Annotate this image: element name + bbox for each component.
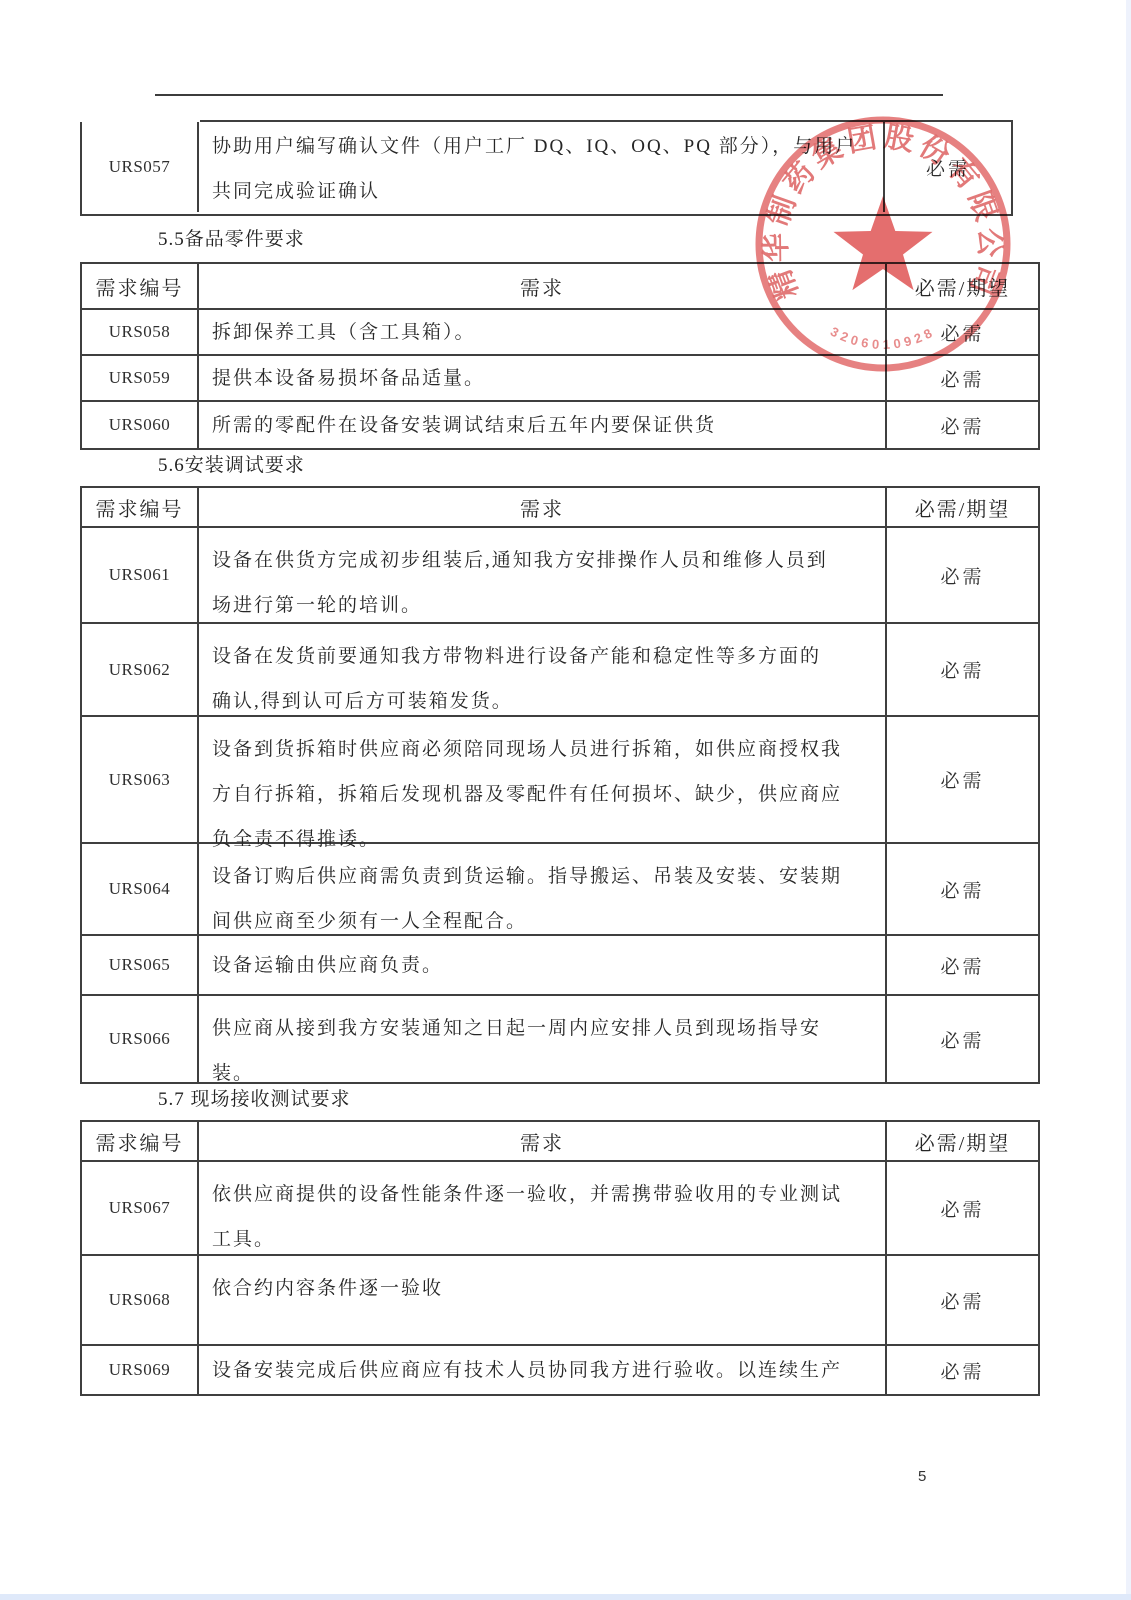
- table-row: URS057 协助用户编写确认文件（用户工厂 DQ、IQ、OQ、PQ 部分），与…: [82, 122, 1011, 212]
- requirement-text-cell: 依供应商提供的设备性能条件逐一验收，并需携带验收用的专业测试 工具。: [199, 1162, 887, 1254]
- acceptance-table: 需求编号 需求 必需/期望 URS067 依供应商提供的设备性能条件逐一验收，并…: [80, 1120, 1040, 1396]
- column-header-requirement: 需求: [199, 1122, 887, 1160]
- requirement-text-cell: 设备在发货前要通知我方带物料进行设备产能和稳定性等多方面的 确认,得到认可后方可…: [199, 624, 887, 715]
- requirement-text-cell: 拆卸保养工具（含工具箱）。: [199, 310, 887, 354]
- requirement-id-cell: URS058: [82, 310, 199, 354]
- requirement-line: 协助用户编写确认文件（用户工厂 DQ、IQ、OQ、PQ 部分），与用户: [212, 124, 870, 169]
- continued-requirements-table: URS057 协助用户编写确认文件（用户工厂 DQ、IQ、OQ、PQ 部分），与…: [80, 122, 1013, 216]
- priority-cell: 必需: [887, 717, 1038, 842]
- priority-cell: 必需: [887, 936, 1038, 994]
- requirement-id-cell: URS063: [82, 717, 199, 842]
- table-row: URS068 依合约内容条件逐一验收 必需: [82, 1254, 1038, 1344]
- table-row: URS066 供应商从接到我方安装通知之日起一周内应安排人员到现场指导安 装。 …: [82, 994, 1038, 1082]
- column-header-priority: 必需/期望: [887, 264, 1038, 308]
- column-header-priority: 必需/期望: [887, 488, 1038, 526]
- section-heading-5-7: 5.7 现场接收测试要求: [158, 1084, 351, 1111]
- requirement-id-cell: URS060: [82, 402, 199, 448]
- table-top-border: [200, 120, 1013, 122]
- requirement-id-cell: URS069: [82, 1346, 199, 1394]
- table-row: URS061 设备在供货方完成初步组装后,通知我方安排操作人员和维修人员到 场进…: [82, 526, 1038, 622]
- requirement-line: 场进行第一轮的培训。: [212, 583, 872, 628]
- table-header-row: 需求编号 需求 必需/期望: [82, 1122, 1038, 1160]
- header-rule: [155, 94, 943, 96]
- installation-table: 需求编号 需求 必需/期望 URS061 设备在供货方完成初步组装后,通知我方安…: [80, 486, 1040, 1084]
- scan-edge-bottom: [0, 1594, 1131, 1600]
- table-row: URS062 设备在发货前要通知我方带物料进行设备产能和稳定性等多方面的 确认,…: [82, 622, 1038, 715]
- requirement-line: 方自行拆箱，拆箱后发现机器及零配件有任何损坏、缺少，供应商应: [212, 772, 872, 817]
- priority-cell: 必需: [887, 402, 1038, 448]
- requirement-text-cell: 设备到货拆箱时供应商必须陪同现场人员进行拆箱，如供应商授权我 方自行拆箱，拆箱后…: [199, 717, 887, 842]
- priority-cell: 必需: [887, 1256, 1038, 1344]
- priority-cell: 必需: [887, 1162, 1038, 1254]
- table-header-row: 需求编号 需求 必需/期望: [82, 264, 1038, 308]
- requirement-line: 设备安装完成后供应商应有技术人员协同我方进行验收。以连续生产: [212, 1348, 842, 1393]
- requirement-line: 设备在供货方完成初步组装后,通知我方安排操作人员和维修人员到: [212, 538, 872, 583]
- requirement-id-cell: URS059: [82, 356, 199, 400]
- requirement-text-cell: 依合约内容条件逐一验收: [199, 1256, 887, 1344]
- table-row: URS063 设备到货拆箱时供应商必须陪同现场人员进行拆箱，如供应商授权我 方自…: [82, 715, 1038, 842]
- requirement-line: 设备运输由供应商负责。: [212, 943, 443, 988]
- requirement-line: 提供本设备易损坏备品适量。: [212, 356, 485, 401]
- requirement-id-cell: URS067: [82, 1162, 199, 1254]
- table-row: URS059 提供本设备易损坏备品适量。 必需: [82, 354, 1038, 400]
- requirement-id-cell: URS065: [82, 936, 199, 994]
- requirement-id-cell: URS066: [82, 996, 199, 1082]
- table-row: URS069 设备安装完成后供应商应有技术人员协同我方进行验收。以连续生产 必需: [82, 1344, 1038, 1394]
- table-row: URS065 设备运输由供应商负责。 必需: [82, 934, 1038, 994]
- requirement-text-cell: 设备运输由供应商负责。: [199, 936, 887, 994]
- requirement-id-cell: URS068: [82, 1256, 199, 1344]
- column-header-priority: 必需/期望: [887, 1122, 1038, 1160]
- table-row: URS060 所需的零配件在设备安装调试结束后五年内要保证供货 必需: [82, 400, 1038, 448]
- priority-cell: 必需: [887, 356, 1038, 400]
- priority-cell: 必需: [887, 996, 1038, 1082]
- column-header-id: 需求编号: [82, 1122, 199, 1160]
- priority-cell: 必需: [887, 528, 1038, 622]
- column-header-id: 需求编号: [82, 488, 199, 526]
- requirement-line: 依合约内容条件逐一验收: [212, 1266, 872, 1311]
- requirement-line: 设备订购后供应商需负责到货运输。指导搬运、吊装及安装、安装期: [212, 854, 872, 899]
- column-header-id: 需求编号: [82, 264, 199, 308]
- page-number: 5: [918, 1468, 926, 1485]
- spare-parts-table: 需求编号 需求 必需/期望 URS058 拆卸保养工具（含工具箱）。 必需 UR…: [80, 262, 1040, 450]
- priority-cell: 必需: [887, 310, 1038, 354]
- column-header-requirement: 需求: [199, 488, 887, 526]
- section-heading-5-5: 5.5备品零件要求: [158, 224, 305, 251]
- table-row: URS058 拆卸保养工具（含工具箱）。 必需: [82, 308, 1038, 354]
- requirement-id-cell: URS061: [82, 528, 199, 622]
- table-row: URS067 依供应商提供的设备性能条件逐一验收，并需携带验收用的专业测试 工具…: [82, 1160, 1038, 1254]
- requirement-text-cell: 设备订购后供应商需负责到货运输。指导搬运、吊装及安装、安装期 间供应商至少须有一…: [199, 844, 887, 934]
- requirement-id-cell: URS062: [82, 624, 199, 715]
- requirement-line: 所需的零配件在设备安装调试结束后五年内要保证供货: [212, 403, 716, 448]
- scan-edge-right: [1126, 0, 1131, 1600]
- column-header-requirement: 需求: [199, 264, 887, 308]
- requirement-text-cell: 提供本设备易损坏备品适量。: [199, 356, 887, 400]
- requirement-text-cell: 协助用户编写确认文件（用户工厂 DQ、IQ、OQ、PQ 部分），与用户 共同完成…: [199, 122, 885, 212]
- requirement-line: 依供应商提供的设备性能条件逐一验收，并需携带验收用的专业测试: [212, 1172, 872, 1217]
- requirement-line: 设备在发货前要通知我方带物料进行设备产能和稳定性等多方面的: [212, 634, 872, 679]
- requirement-line: 共同完成验证确认: [212, 169, 870, 214]
- requirement-id-cell: URS057: [82, 122, 199, 212]
- requirement-text-cell: 所需的零配件在设备安装调试结束后五年内要保证供货: [199, 402, 887, 448]
- requirement-text-cell: 设备安装完成后供应商应有技术人员协同我方进行验收。以连续生产: [199, 1346, 887, 1394]
- requirement-line: 设备到货拆箱时供应商必须陪同现场人员进行拆箱，如供应商授权我: [212, 727, 872, 772]
- requirement-line: 供应商从接到我方安装通知之日起一周内应安排人员到现场指导安: [212, 1006, 872, 1051]
- priority-cell: 必需: [885, 122, 1011, 212]
- section-heading-5-6: 5.6安装调试要求: [158, 450, 305, 477]
- table-header-row: 需求编号 需求 必需/期望: [82, 488, 1038, 526]
- table-row: URS064 设备订购后供应商需负责到货运输。指导搬运、吊装及安装、安装期 间供…: [82, 842, 1038, 934]
- requirement-line: 拆卸保养工具（含工具箱）。: [212, 310, 476, 355]
- priority-cell: 必需: [887, 844, 1038, 934]
- requirement-text-cell: 供应商从接到我方安装通知之日起一周内应安排人员到现场指导安 装。: [199, 996, 887, 1082]
- requirement-text-cell: 设备在供货方完成初步组装后,通知我方安排操作人员和维修人员到 场进行第一轮的培训…: [199, 528, 887, 622]
- priority-cell: 必需: [887, 624, 1038, 715]
- requirement-id-cell: URS064: [82, 844, 199, 934]
- priority-cell: 必需: [887, 1346, 1038, 1394]
